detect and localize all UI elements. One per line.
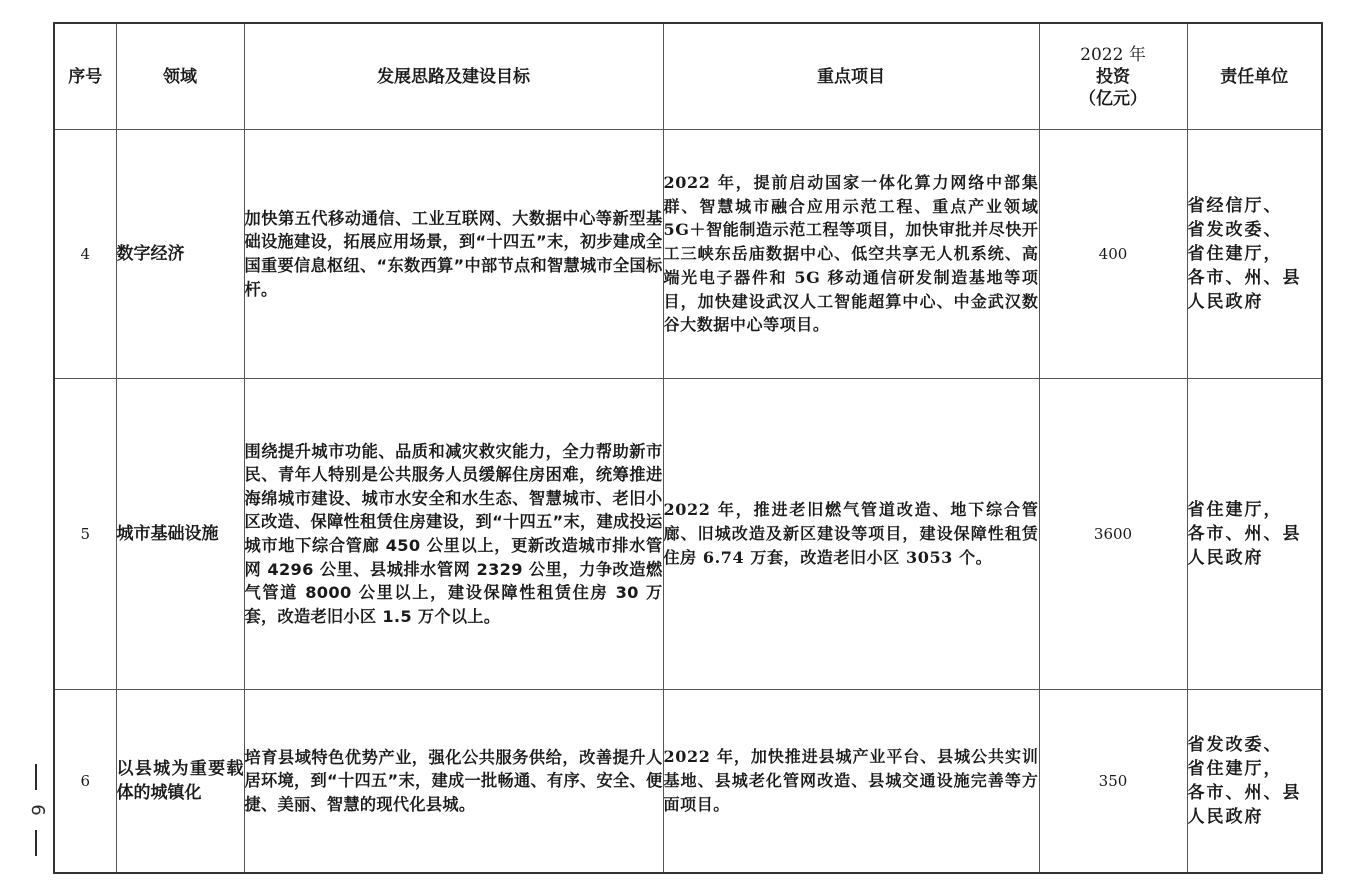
dept-line: 省住建厅， xyxy=(1188,757,1322,781)
cell-projects: 2022 年，推进老旧燃气管道改造、地下综合管廊、旧城改造及新区建设等项目，建设… xyxy=(663,379,1039,690)
page-number-dash-bottom xyxy=(35,830,37,856)
header-investment-unit: （亿元） xyxy=(1040,88,1187,110)
cell-investment: 3600 xyxy=(1039,379,1187,690)
header-investment: 2022 年 投资 （亿元） xyxy=(1039,23,1187,130)
page-number-marker: 6 xyxy=(22,760,52,860)
table-row: 4 数字经济 加快第五代移动通信、工业互联网、大数据中心等新型基础设施建设，拓展… xyxy=(54,130,1322,379)
cell-field: 数字经济 xyxy=(116,130,244,379)
cell-dept: 省经信厅、 省发改委、 省住建厅， 各市、州、县 人民政府 xyxy=(1187,130,1322,379)
table-row: 5 城市基础设施 围绕提升城市功能、品质和减灾救灾能力，全力帮助新市民、青年人特… xyxy=(54,379,1322,690)
dept-line: 省住建厅， xyxy=(1188,498,1322,522)
dept-line: 各市、州、县 xyxy=(1188,266,1322,290)
table-header-row: 序号 领域 发展思路及建设目标 重点项目 2022 年 投资 （亿元） 责任单位 xyxy=(54,23,1322,130)
cell-investment: 350 xyxy=(1039,690,1187,874)
cell-goal: 围绕提升城市功能、品质和减灾救灾能力，全力帮助新市民、青年人特别是公共服务人员缓… xyxy=(244,379,663,690)
header-goal: 发展思路及建设目标 xyxy=(244,23,663,130)
cell-goal: 加快第五代移动通信、工业互联网、大数据中心等新型基础设施建设，拓展应用场景，到“… xyxy=(244,130,663,379)
page-number: 6 xyxy=(24,800,50,820)
dept-line: 人民政府 xyxy=(1188,546,1322,570)
page-number-dash-top xyxy=(35,764,37,790)
cell-projects: 2022 年，加快推进县城产业平台、县城公共实训基地、县城老化管网改造、县城交通… xyxy=(663,690,1039,874)
cell-field: 以县城为重要载体的城镇化 xyxy=(116,690,244,874)
cell-field: 城市基础设施 xyxy=(116,379,244,690)
cell-investment: 400 xyxy=(1039,130,1187,379)
header-no: 序号 xyxy=(54,23,116,130)
cell-no: 4 xyxy=(54,130,116,379)
cell-projects: 2022 年，提前启动国家一体化算力网络中部集群、智慧城市融合应用示范工程、重点… xyxy=(663,130,1039,379)
header-investment-year: 2022 年 xyxy=(1040,44,1187,66)
investment-plan-table: 序号 领域 发展思路及建设目标 重点项目 2022 年 投资 （亿元） 责任单位… xyxy=(53,22,1323,874)
dept-line: 人民政府 xyxy=(1188,290,1322,314)
dept-line: 人民政府 xyxy=(1188,805,1322,829)
cell-goal: 培育县域特色优势产业，强化公共服务供给，改善提升人居环境，到“十四五”末，建成一… xyxy=(244,690,663,874)
dept-line: 省发改委、 xyxy=(1188,733,1322,757)
cell-no: 5 xyxy=(54,379,116,690)
dept-line: 各市、州、县 xyxy=(1188,781,1322,805)
dept-line: 省住建厅， xyxy=(1188,242,1322,266)
cell-no: 6 xyxy=(54,690,116,874)
header-projects: 重点项目 xyxy=(663,23,1039,130)
table-row: 6 以县城为重要载体的城镇化 培育县域特色优势产业，强化公共服务供给，改善提升人… xyxy=(54,690,1322,874)
header-investment-label: 投资 xyxy=(1040,66,1187,88)
cell-dept: 省住建厅， 各市、州、县 人民政府 xyxy=(1187,379,1322,690)
header-dept: 责任单位 xyxy=(1187,23,1322,130)
header-field: 领域 xyxy=(116,23,244,130)
dept-line: 省经信厅、 xyxy=(1188,194,1322,218)
cell-dept: 省发改委、 省住建厅， 各市、州、县 人民政府 xyxy=(1187,690,1322,874)
dept-line: 各市、州、县 xyxy=(1188,522,1322,546)
dept-line: 省发改委、 xyxy=(1188,218,1322,242)
